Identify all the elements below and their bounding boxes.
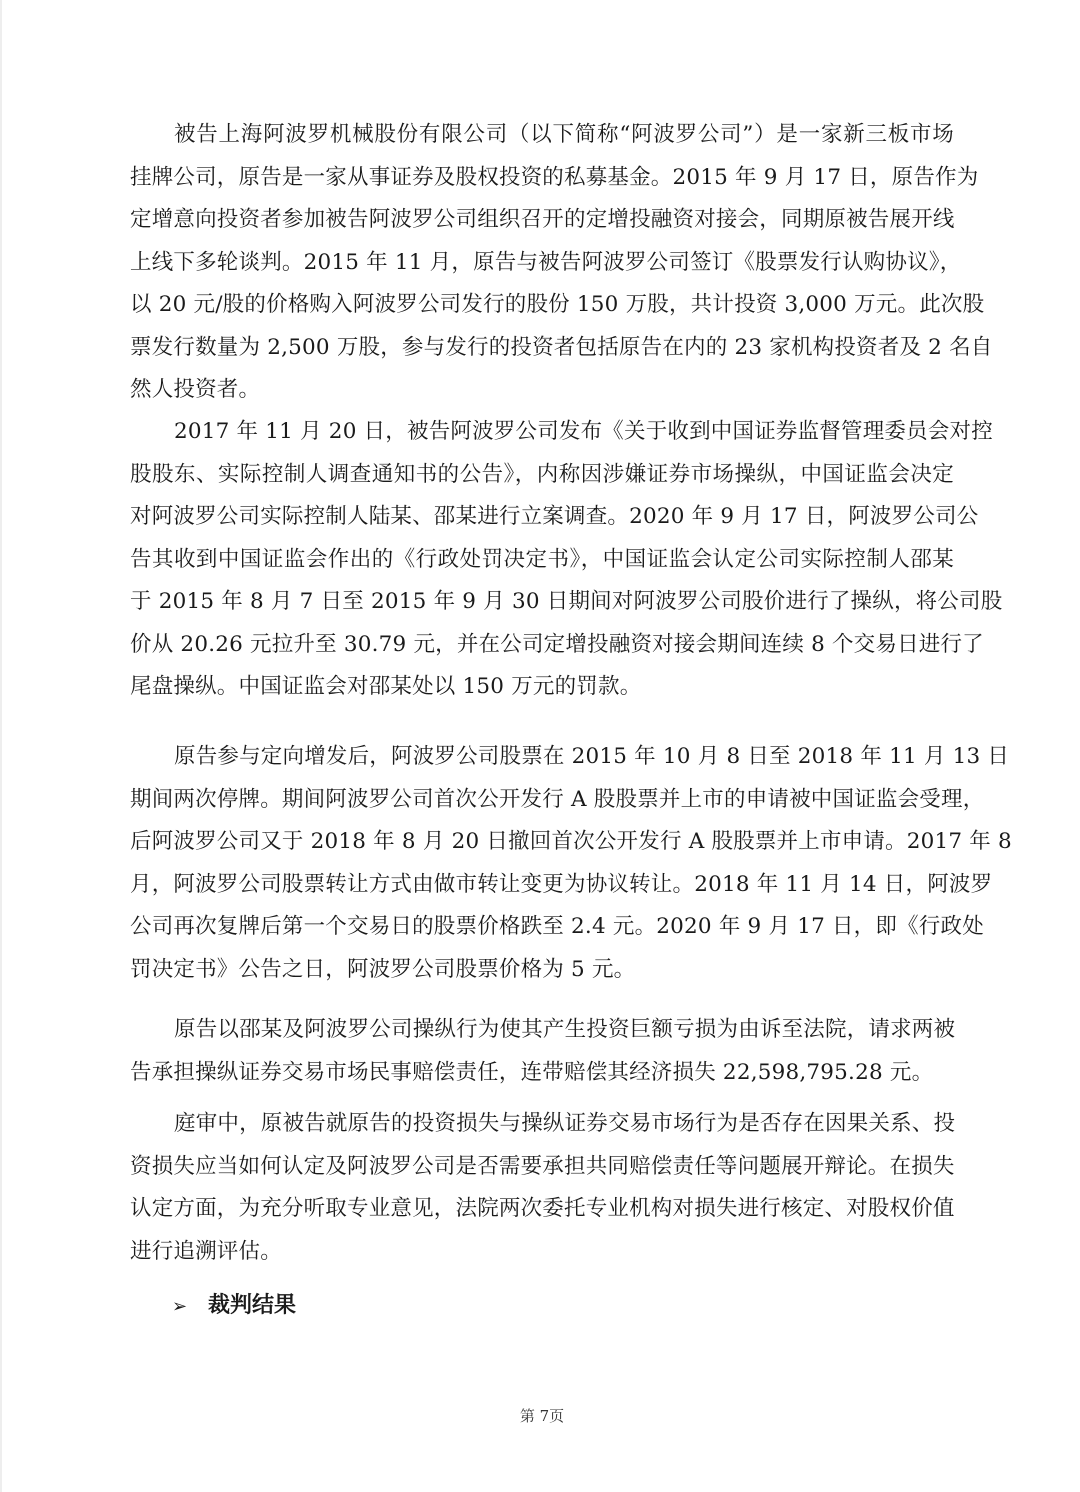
text-line: 定增意向投资者参加被告阿波罗公司组织召开的定增投融资对接会，同期原被告展开线 — [130, 199, 954, 242]
paragraph-claim: 原告以邵某及阿波罗公司操纵行为使其产生投资巨额亏损为由诉至法院，请求两被 告承担… — [130, 1009, 954, 1094]
text-line: 公司再次复牌后第一个交易日的股票价格跌至 2.4 元。2020 年 9 月 17… — [130, 906, 954, 949]
section-heading-title: 裁判结果 — [208, 1293, 296, 1318]
text-line: 资损失应当如何认定及阿波罗公司是否需要承担共同赔偿责任等问题展开辩论。在损失 — [130, 1146, 954, 1189]
text-line: 原告以邵某及阿波罗公司操纵行为使其产生投资巨额亏损为由诉至法院，请求两被 — [130, 1009, 954, 1052]
text-line: 尾盘操纵。中国证监会对邵某处以 150 万元的罚款。 — [130, 666, 954, 709]
text-line: 票发行数量为 2,500 万股，参与发行的投资者包括原告在内的 23 家机构投资… — [130, 327, 954, 370]
text-line: 上线下多轮谈判。2015 年 11 月，原告与被告阿波罗公司签订《股票发行认购协… — [130, 242, 954, 285]
paragraph-stock-history: 原告参与定向增发后，阿波罗公司股票在 2015 年 10 月 8 日至 2018… — [130, 736, 954, 991]
document-page: 被告上海阿波罗机械股份有限公司（以下简称“阿波罗公司”）是一家新三板市场 挂牌公… — [0, 0, 1080, 1492]
page-number: 第 7页 — [2, 1405, 1080, 1426]
text-line: 原告参与定向增发后，阿波罗公司股票在 2015 年 10 月 8 日至 2018… — [130, 736, 954, 779]
text-line: 进行追溯评估。 — [130, 1231, 954, 1274]
text-line: 2017 年 11 月 20 日，被告阿波罗公司发布《关于收到中国证券监督管理委… — [130, 411, 954, 454]
text-line: 价从 20.26 元拉升至 30.79 元，并在公司定增投融资对接会期间连续 8… — [130, 624, 954, 667]
text-line: 罚决定书》公告之日，阿波罗公司股票价格为 5 元。 — [130, 949, 954, 992]
text-line: 告承担操纵证券交易市场民事赔偿责任，连带赔偿其经济损失 22,598,795.2… — [130, 1052, 954, 1095]
text-line: 告其收到中国证监会作出的《行政处罚决定书》，中国证监会认定公司实际控制人邵某 — [130, 539, 954, 582]
paragraph-investigation: 2017 年 11 月 20 日，被告阿波罗公司发布《关于收到中国证券监督管理委… — [130, 411, 954, 709]
paragraph-trial: 庭审中，原被告就原告的投资损失与操纵证券交易市场行为是否存在因果关系、投 资损失… — [130, 1103, 954, 1273]
text-line: 期间两次停牌。期间阿波罗公司首次公开发行 A 股股票并上市的申请被中国证监会受理… — [130, 779, 954, 822]
section-heading-judgment: ➢裁判结果 — [172, 1288, 296, 1324]
text-line: 然人投资者。 — [130, 369, 954, 412]
paragraph-background: 被告上海阿波罗机械股份有限公司（以下简称“阿波罗公司”）是一家新三板市场 挂牌公… — [130, 114, 954, 412]
text-line: 股股东、实际控制人调查通知书的公告》，内称因涉嫌证券市场操纵，中国证监会决定 — [130, 454, 954, 497]
text-line: 对阿波罗公司实际控制人陆某、邵某进行立案调查。2020 年 9 月 17 日，阿… — [130, 496, 954, 539]
text-line: 认定方面，为充分听取专业意见，法院两次委托专业机构对损失进行核定、对股权价值 — [130, 1188, 954, 1231]
text-line: 以 20 元/股的价格购入阿波罗公司发行的股份 150 万股，共计投资 3,00… — [130, 284, 954, 327]
text-line: 被告上海阿波罗机械股份有限公司（以下简称“阿波罗公司”）是一家新三板市场 — [130, 114, 954, 157]
text-line: 后阿波罗公司又于 2018 年 8 月 20 日撤回首次公开发行 A 股股票并上… — [130, 821, 954, 864]
text-line: 庭审中，原被告就原告的投资损失与操纵证券交易市场行为是否存在因果关系、投 — [130, 1103, 954, 1146]
arrow-bullet-icon: ➢ — [172, 1289, 208, 1325]
text-line: 月，阿波罗公司股票转让方式由做市转让变更为协议转让。2018 年 11 月 14… — [130, 864, 954, 907]
text-line: 于 2015 年 8 月 7 日至 2015 年 9 月 30 日期间对阿波罗公… — [130, 581, 954, 624]
text-line: 挂牌公司，原告是一家从事证券及股权投资的私募基金。2015 年 9 月 17 日… — [130, 157, 954, 200]
